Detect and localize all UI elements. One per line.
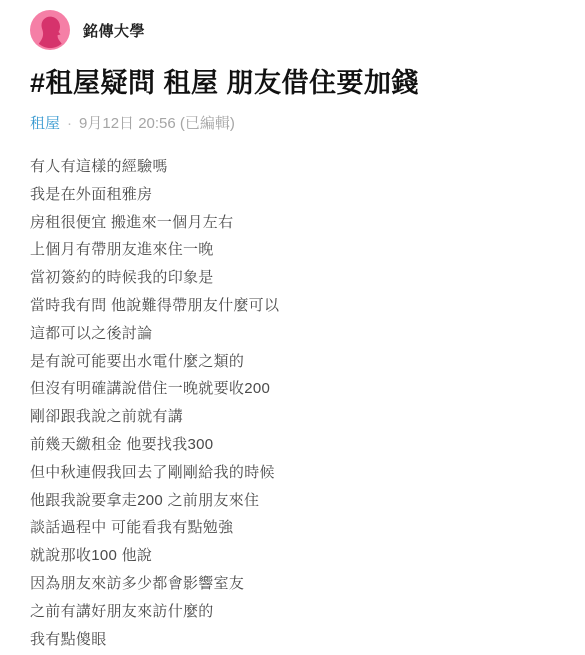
post-meta: 租屋 · 9月12日 20:56 (已編輯) xyxy=(30,113,555,134)
post-line: 他跟我說要拿走200 之前朋友來住 xyxy=(30,487,555,515)
author-row: 銘傳大學 xyxy=(30,10,555,50)
meta-separator-dot: · xyxy=(67,113,72,134)
post-line: 這都可以之後討論 xyxy=(30,320,555,348)
post-line: 談話過程中 可能看我有點勉強 xyxy=(30,514,555,542)
post-line: 當初簽約的時候我的印象是 xyxy=(30,264,555,292)
post-line: 但中秋連假我回去了剛剛給我的時候 xyxy=(30,459,555,487)
post-line: 上個月有帶朋友進來住一晚 xyxy=(30,236,555,264)
avatar xyxy=(30,10,70,50)
author-school: 銘傳大學 xyxy=(83,20,145,41)
person-silhouette-icon xyxy=(30,10,70,50)
post-line: 當時我有問 他說難得帶朋友什麼可以 xyxy=(30,292,555,320)
post-line: 有人有這樣的經驗嗎 xyxy=(30,153,555,181)
post-title: #租屋疑問 租屋 朋友借住要加錢 xyxy=(30,66,555,101)
post-body: 有人有這樣的經驗嗎 我是在外面租雅房 房租很便宜 搬進來一個月左右 上個月有帶朋… xyxy=(30,153,555,653)
post-line: 就說那收100 他說 xyxy=(30,542,555,570)
post-line: 是有說可能要出水電什麼之類的 xyxy=(30,348,555,376)
post-line: 房租很便宜 搬進來一個月左右 xyxy=(30,209,555,237)
post-page: 銘傳大學 #租屋疑問 租屋 朋友借住要加錢 租屋 · 9月12日 20:56 (… xyxy=(0,0,585,655)
post-timestamp: 9月12日 20:56 (已編輯) xyxy=(79,113,235,134)
post-line: 我是在外面租雅房 xyxy=(30,181,555,209)
post-line: 因為朋友來訪多少都會影響室友 xyxy=(30,570,555,598)
post-line: 但沒有明確講說借住一晚就要收200 xyxy=(30,375,555,403)
post-line: 剛卻跟我說之前就有講 xyxy=(30,403,555,431)
topic-link[interactable]: 租屋 xyxy=(30,113,60,134)
post-line: 之前有講好朋友來訪什麼的 xyxy=(30,598,555,626)
post-line: 我有點傻眼 xyxy=(30,626,555,654)
post-line: 前幾天繳租金 他要找我300 xyxy=(30,431,555,459)
